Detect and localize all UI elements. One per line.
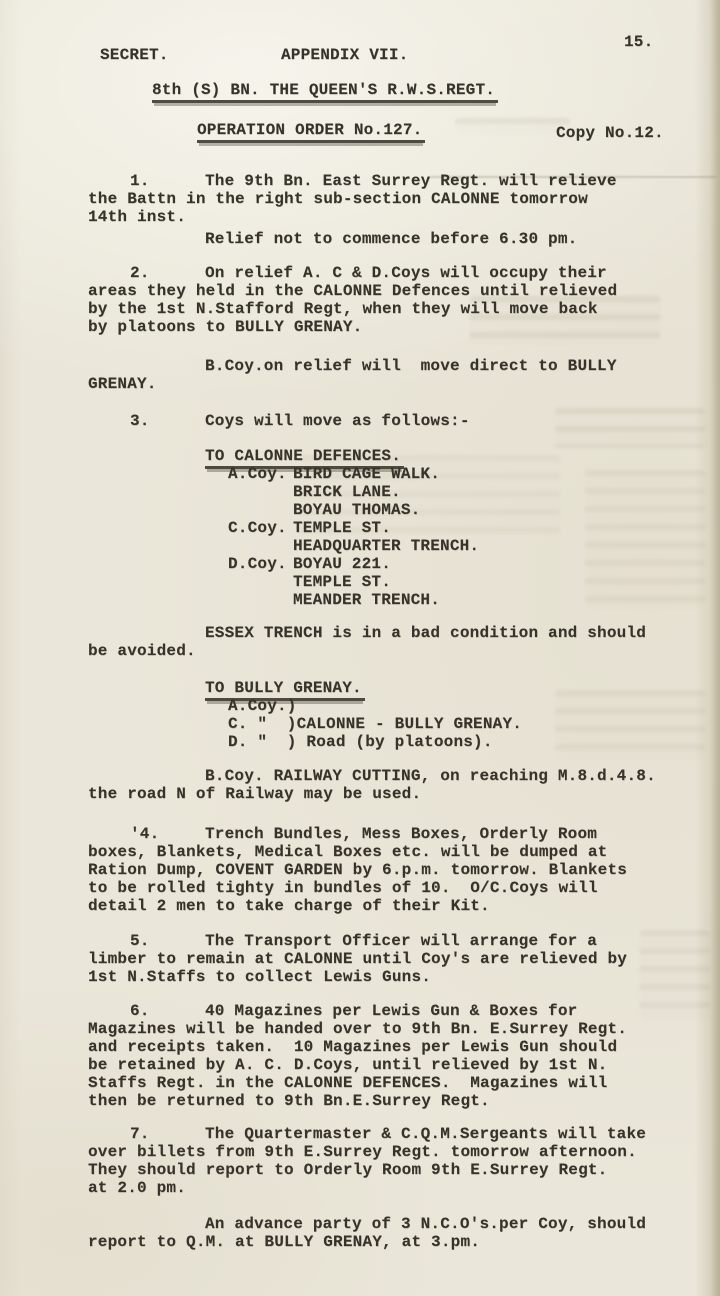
line-text: They should report to Orderly Room 9th E…	[88, 1161, 607, 1179]
paragraph-number: 5.	[130, 932, 205, 950]
doc-line: Ration Dump, COVENT GARDEN by 6.p.m. tom…	[0, 861, 720, 879]
doc-line: D.Coy.BOYAU 221.	[0, 555, 720, 573]
doc-line: to be rolled tighty in bundles of 10. O/…	[0, 879, 720, 897]
doc-line: areas they held in the CALONNE Defences …	[0, 282, 720, 300]
doc-line: ESSEX TRENCH is in a bad condition and s…	[0, 624, 720, 642]
doc-line: over billets from 9th E.Surrey Regt. tom…	[0, 1143, 720, 1161]
doc-line: HEADQUARTER TRENCH.	[0, 537, 720, 555]
line-text: at 2.0 pm.	[88, 1179, 186, 1197]
paragraph-number: 2.	[130, 264, 205, 282]
line-text: B.Coy.on relief will move direct to BULL…	[205, 357, 617, 375]
row-label: D.Coy.	[228, 555, 293, 573]
paragraph-number: 7.	[130, 1125, 205, 1143]
line-text: to be rolled tighty in bundles of 10. O/…	[88, 879, 598, 897]
doc-line: C.Coy.TEMPLE ST.	[0, 519, 720, 537]
line-text: limber to remain at CALONNE until Coy's …	[88, 950, 627, 968]
doc-line: 5.The Transport Officer will arrange for…	[0, 932, 720, 950]
doc-line: report to Q.M. at BULLY GRENAY, at 3.pm.	[0, 1233, 720, 1251]
doc-line: 1.The 9th Bn. East Surrey Regt. will rel…	[0, 172, 720, 190]
line-text: The 9th Bn. East Surrey Regt. will relie…	[205, 172, 617, 190]
doc-line: '4.Trench Bundles, Mess Boxes, Orderly R…	[0, 825, 720, 843]
doc-line: then be returned to 9th Bn.E.Surrey Regt…	[0, 1092, 720, 1110]
row-label: C.Coy.	[228, 519, 293, 537]
doc-line: the road N of Railway may be used.	[0, 785, 720, 803]
line-text: 1st N.Staffs to collect Lewis Guns.	[88, 968, 431, 986]
line-text: MEANDER TRENCH.	[293, 591, 440, 609]
line-text: GRENAY.	[88, 375, 157, 393]
doc-line: TEMPLE ST.	[0, 573, 720, 591]
line-text: TEMPLE ST.	[293, 573, 391, 591]
line-text: Road (by platoons).	[297, 733, 493, 751]
line-text: Magazines will be handed over to 9th Bn.…	[88, 1020, 627, 1038]
doc-line: Staffs Regt. in the CALONNE DEFENCES. Ma…	[0, 1074, 720, 1092]
line-text: areas they held in the CALONNE Defences …	[88, 282, 617, 300]
doc-line: be retained by A. C. D.Coys, until relie…	[0, 1056, 720, 1074]
row-label: D. " )	[228, 733, 297, 751]
line-text: the Battn in the right sub-section CALON…	[88, 190, 588, 208]
doc-line: B.Coy.on relief will move direct to BULL…	[0, 357, 720, 375]
doc-line: be avoided.	[0, 642, 720, 660]
line-text: by platoons to BULLY GRENAY.	[88, 318, 362, 336]
paragraph-number: 6.	[130, 1002, 205, 1020]
doc-line: TO CALONNE DEFENCES.	[0, 447, 720, 465]
doc-line: MEANDER TRENCH.	[0, 591, 720, 609]
line-text: The Transport Officer will arrange for a	[205, 932, 597, 950]
line-text: HEADQUARTER TRENCH.	[293, 537, 479, 555]
line-text: An advance party of 3 N.C.O's.per Coy, s…	[205, 1215, 646, 1233]
doc-line: limber to remain at CALONNE until Coy's …	[0, 950, 720, 968]
line-text: boxes, Blankets, Medical Boxes etc. will…	[88, 843, 607, 861]
paragraph-number: '4.	[130, 825, 205, 843]
line-text: Ration Dump, COVENT GARDEN by 6.p.m. tom…	[88, 861, 627, 879]
row-label: A.Coy.)	[228, 697, 297, 715]
doc-line: C. " )CALONNE - BULLY GRENAY.	[0, 715, 720, 733]
line-text: detail 2 men to take charge of their Kit…	[88, 897, 490, 915]
doc-line: They should report to Orderly Room 9th E…	[0, 1161, 720, 1179]
doc-line: 6.40 Magazines per Lewis Gun & Boxes for	[0, 1002, 720, 1020]
body-lines: 1.The 9th Bn. East Surrey Regt. will rel…	[0, 0, 720, 1251]
doc-line: A.Coy.BIRD CAGE WALK.	[0, 465, 720, 483]
doc-line: at 2.0 pm.	[0, 1179, 720, 1197]
doc-line: BOYAU THOMAS.	[0, 501, 720, 519]
doc-line: the Battn in the right sub-section CALON…	[0, 190, 720, 208]
doc-line: by platoons to BULLY GRENAY.	[0, 318, 720, 336]
doc-line: GRENAY.	[0, 375, 720, 393]
line-text: then be returned to 9th Bn.E.Surrey Regt…	[88, 1092, 490, 1110]
doc-line: by the 1st N.Stafford Regt, when they wi…	[0, 300, 720, 318]
line-text: and receipts taken. 10 Magazines per Lew…	[88, 1038, 617, 1056]
doc-line: Magazines will be handed over to 9th Bn.…	[0, 1020, 720, 1038]
line-text: Relief not to commence before 6.30 pm.	[205, 230, 577, 248]
line-text: be avoided.	[88, 642, 196, 660]
doc-line: BRICK LANE.	[0, 483, 720, 501]
doc-line: 14th inst.	[0, 208, 720, 226]
doc-line: and receipts taken. 10 Magazines per Lew…	[0, 1038, 720, 1056]
line-text: Trench Bundles, Mess Boxes, Orderly Room	[205, 825, 597, 843]
line-text: Staffs Regt. in the CALONNE DEFENCES. Ma…	[88, 1074, 607, 1092]
doc-line: 1st N.Staffs to collect Lewis Guns.	[0, 968, 720, 986]
doc-line: An advance party of 3 N.C.O's.per Coy, s…	[0, 1215, 720, 1233]
paragraph-number: 3.	[130, 412, 205, 430]
line-text: Coys will move as follows:-	[205, 412, 470, 430]
line-text: TEMPLE ST.	[293, 519, 391, 537]
paragraph-number: 1.	[130, 172, 205, 190]
line-text: report to Q.M. at BULLY GRENAY, at 3.pm.	[88, 1233, 480, 1251]
line-text: over billets from 9th E.Surrey Regt. tom…	[88, 1143, 637, 1161]
row-label: C. " )	[228, 715, 297, 733]
line-text: BRICK LANE.	[293, 483, 401, 501]
doc-line: B.Coy. RAILWAY CUTTING, on reaching M.8.…	[0, 767, 720, 785]
line-text: BIRD CAGE WALK.	[293, 465, 440, 483]
line-text: BOYAU 221.	[293, 555, 391, 573]
line-text: The Quartermaster & C.Q.M.Sergeants will…	[205, 1125, 646, 1143]
doc-line: D. " ) Road (by platoons).	[0, 733, 720, 751]
doc-line: detail 2 men to take charge of their Kit…	[0, 897, 720, 915]
line-text: be retained by A. C. D.Coys, until relie…	[88, 1056, 607, 1074]
row-label: A.Coy.	[228, 465, 293, 483]
doc-line: Relief not to commence before 6.30 pm.	[0, 230, 720, 248]
line-text: B.Coy. RAILWAY CUTTING, on reaching M.8.…	[205, 767, 656, 785]
doc-line: boxes, Blankets, Medical Boxes etc. will…	[0, 843, 720, 861]
doc-line: 7.The Quartermaster & C.Q.M.Sergeants wi…	[0, 1125, 720, 1143]
line-text: CALONNE - BULLY GRENAY.	[297, 715, 522, 733]
line-text: On relief A. C & D.Coys will occupy thei…	[205, 264, 607, 282]
line-text: the road N of Railway may be used.	[88, 785, 421, 803]
doc-line: 2.On relief A. C & D.Coys will occupy th…	[0, 264, 720, 282]
line-text: 40 Magazines per Lewis Gun & Boxes for	[205, 1002, 577, 1020]
line-text: by the 1st N.Stafford Regt, when they wi…	[88, 300, 598, 318]
doc-line: 3.Coys will move as follows:-	[0, 412, 720, 430]
line-text: BOYAU THOMAS.	[293, 501, 420, 519]
doc-line: TO BULLY GRENAY.	[0, 679, 720, 697]
line-text: ESSEX TRENCH is in a bad condition and s…	[205, 624, 646, 642]
line-text: 14th inst.	[88, 208, 186, 226]
document-page: SECRET. APPENDIX VII. 15. 8th (S) BN. TH…	[0, 0, 720, 1296]
